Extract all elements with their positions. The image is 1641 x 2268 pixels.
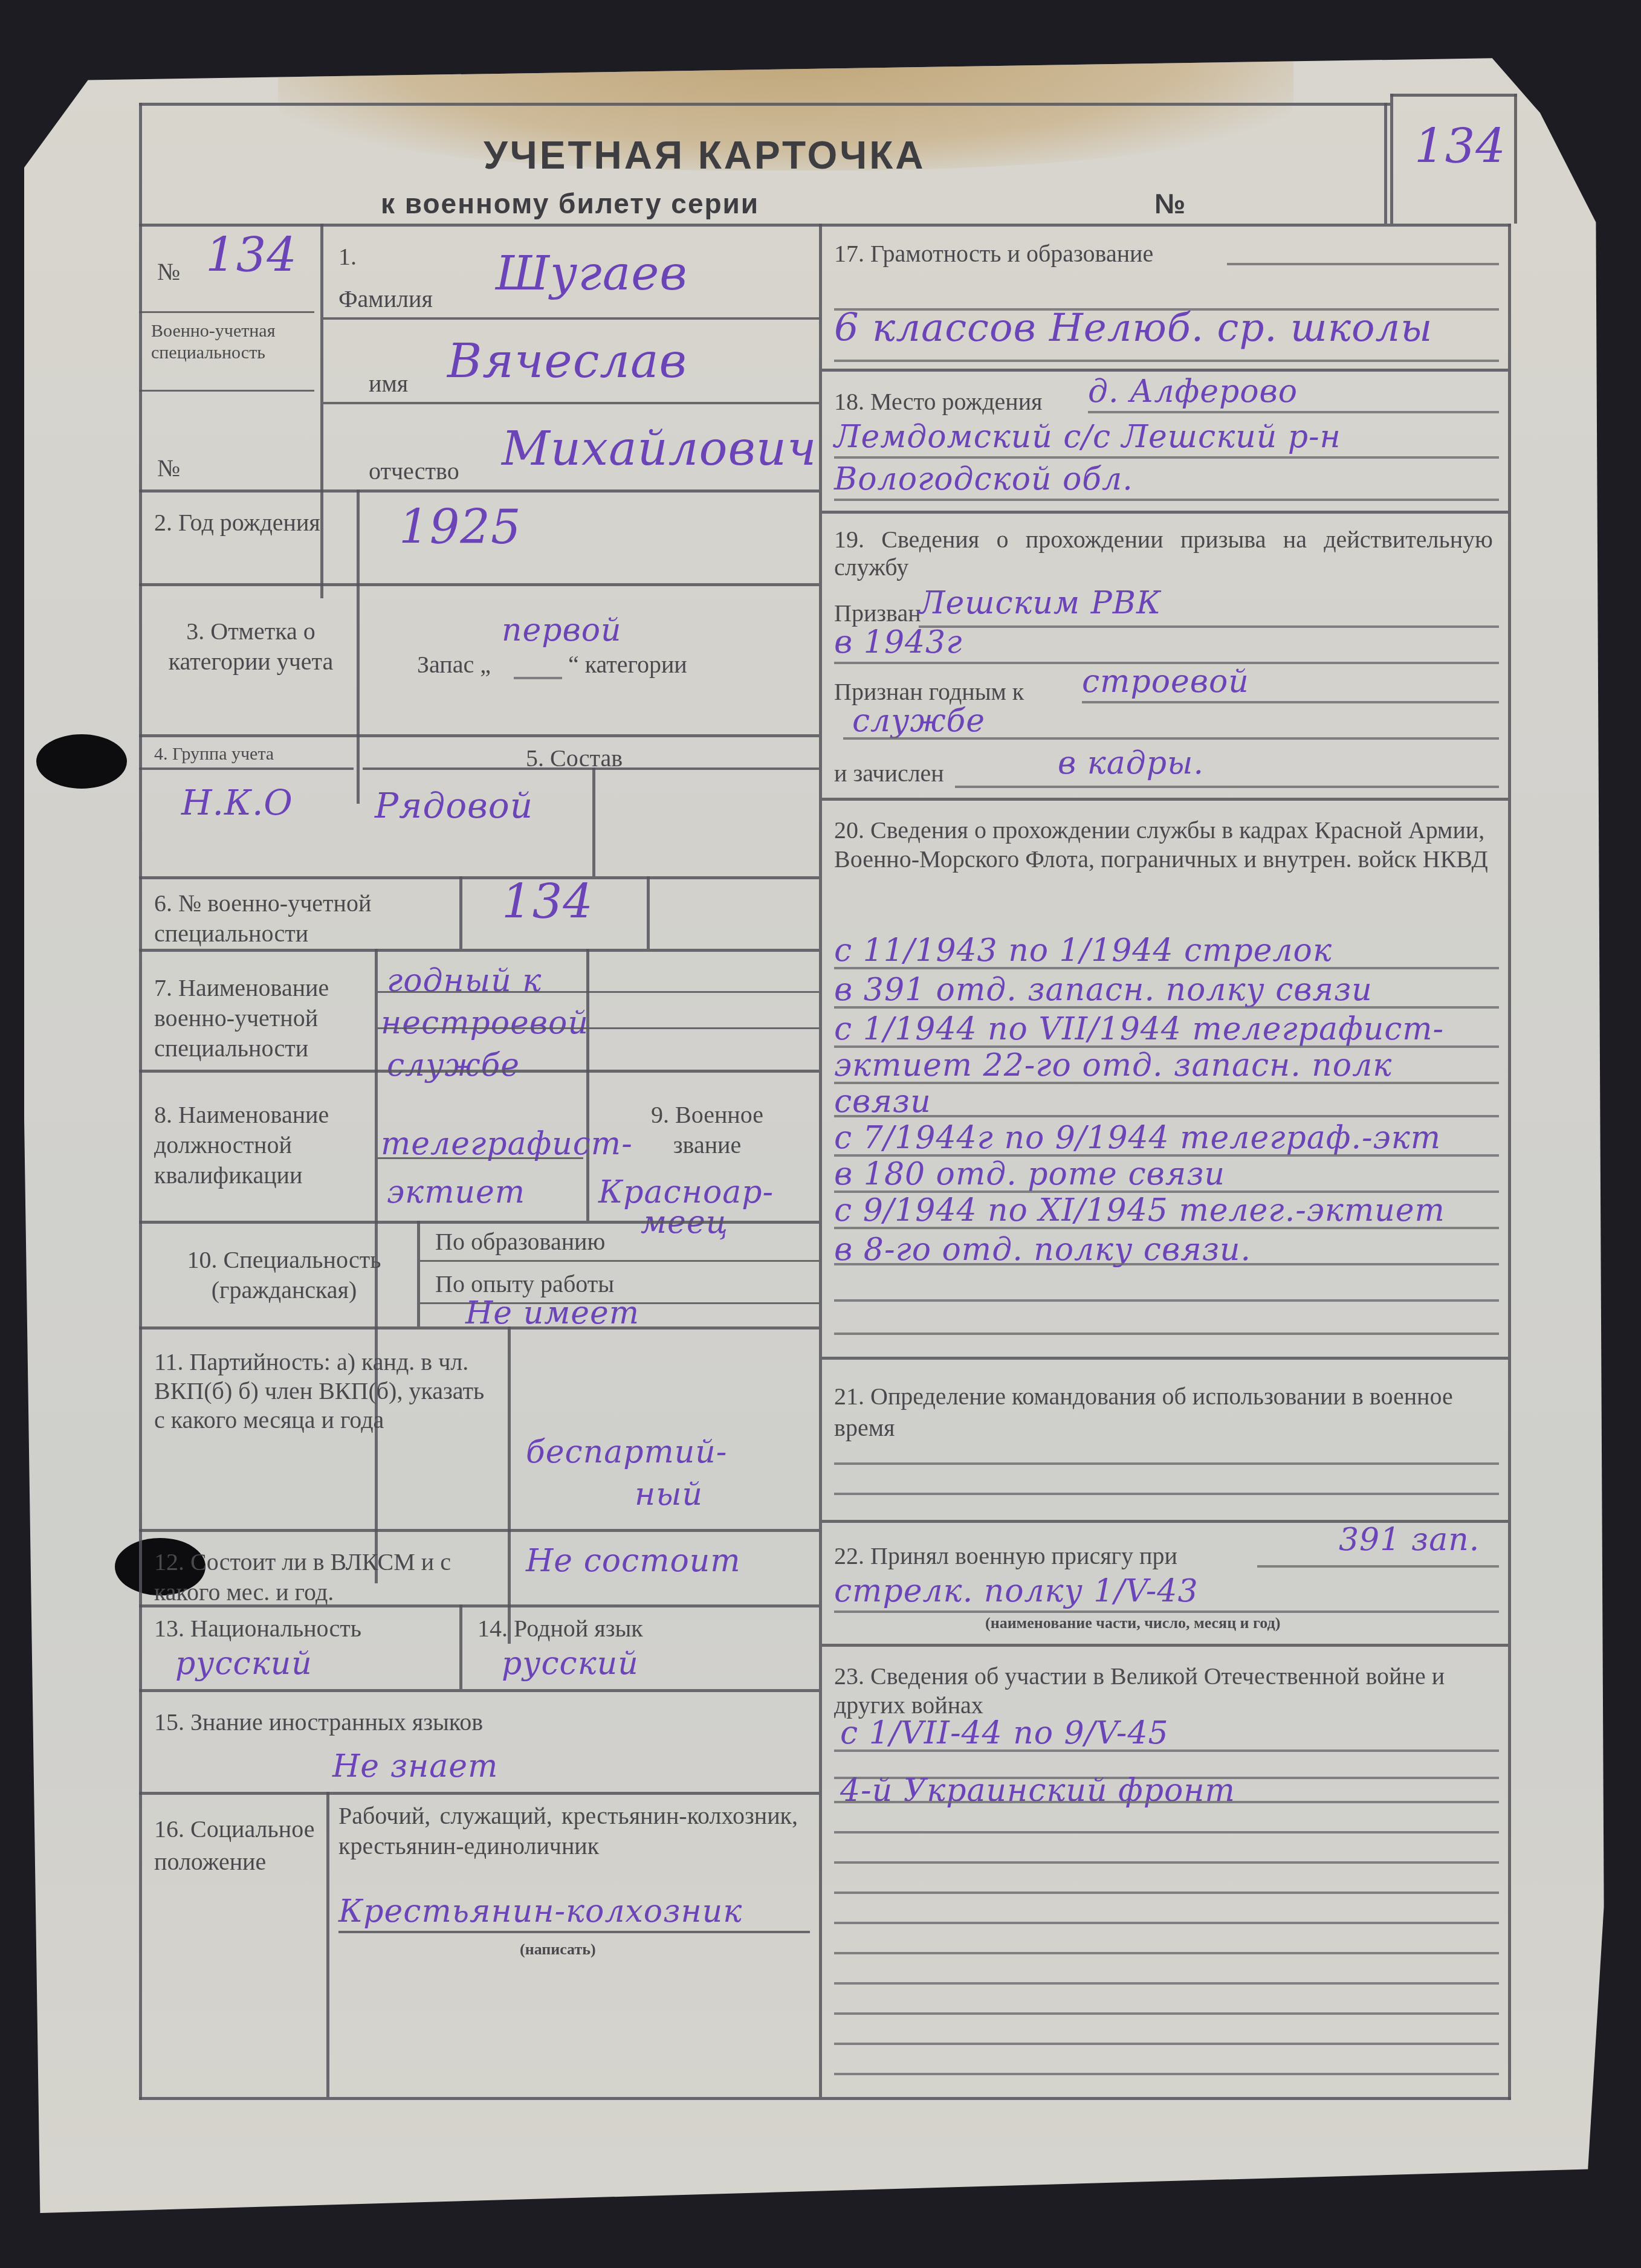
vus-number-6: 134 (502, 882, 594, 922)
birthplace-line-2: Лемдомский с/с Лешский р-н (834, 417, 1341, 457)
birth-year: 1925 (399, 508, 522, 548)
party-line-1: беспартий- (526, 1432, 727, 1472)
f9-label: 9. Военное звание (617, 1100, 798, 1160)
birthplace-line-1: д. Алферово (1088, 372, 1298, 412)
f17-label: 17. Грамотность и образование (834, 239, 1153, 269)
f4-label: 4. Группа учета (154, 743, 274, 765)
f13-label: 13. Национальность (154, 1614, 361, 1644)
f12-label: 12. Состоит ли в ВЛКСМ и с какого мес. и… (154, 1547, 505, 1607)
social-status: Крестьянин-колхозник (338, 1892, 742, 1931)
name-label: имя (369, 369, 408, 399)
patronymic-value: Михайлович (502, 429, 817, 469)
card-number: 134 (1414, 127, 1506, 167)
drafted-line-2: в 1943г (834, 622, 962, 662)
reserve-category: первой (502, 610, 622, 650)
enlisted-value: в кадры. (1058, 743, 1204, 783)
fit-line-2: службе (852, 701, 985, 741)
form-title: УЧЕТНАЯ КАРТОЧКА (484, 133, 925, 178)
vus-number: 134 (206, 236, 297, 276)
f16-label: 16. Социальное положение (154, 1813, 317, 1878)
f15-label: 15. Знание иностранных языков (154, 1707, 483, 1737)
form-subtitle: к военному билету серии (381, 187, 759, 220)
f6-label: 6. № военно-учетной специальности (154, 888, 456, 949)
birthplace-line-3: Вологодской обл. (834, 459, 1133, 499)
service-line-6: с 7/1944г по 9/1944 телеграф.-экт (834, 1118, 1441, 1158)
f2-label: 2. Год рождения (154, 508, 348, 538)
war-line-1: с 1/VII-44 по 9/V-45 (840, 1713, 1169, 1753)
f1-number: 1. (338, 242, 357, 272)
party-line-2: ный (635, 1475, 703, 1514)
drafted-line-1: Лешским РВК (919, 583, 1161, 623)
education: 6 классов Нелюб. ср. школы (834, 308, 1432, 348)
oath-line-2: стрелк. полку 1/V-43 (834, 1571, 1199, 1611)
registration-form: 134 УЧЕТНАЯ КАРТОЧКА к военному билету с… (139, 103, 1511, 2103)
f8-label: 8. Наименование должностной квалификации (154, 1100, 360, 1191)
f7-label: 7. Наименование военно-учетной специальн… (154, 973, 360, 1064)
account-group: Н.К.О (181, 783, 293, 822)
service-line-1: с 11/1943 по 1/1944 стрелок (834, 931, 1332, 971)
service-line-8: с 9/1944 по XI/1945 телег.-эктиет (834, 1191, 1445, 1230)
native-language: русский (502, 1644, 639, 1684)
f21-label: 21. Определение командования об использо… (834, 1381, 1493, 1444)
oath-hint: (наименование части, число, месяц и год) (985, 1614, 1280, 1633)
f19-label: 19. Сведения о прохождении призыва на де… (834, 526, 1493, 581)
f23-label: 23. Сведения об участии в Великой Отечес… (834, 1662, 1493, 1720)
war-line-2: 4-й Украинский фронт (840, 1771, 1235, 1811)
no-label: № (157, 257, 180, 287)
service-line-4: эктиет 22-го отд. запасн. полк (834, 1045, 1392, 1085)
vus-label: Военно-учетная специальность (151, 320, 308, 364)
service-line-7: в 180 отд. роте связи (834, 1154, 1225, 1194)
nationality: русский (175, 1644, 312, 1684)
by-education-label: По образованию (435, 1227, 605, 1257)
komsomol-status: Не состоит (526, 1541, 741, 1581)
reserve-prefix: Запас „ (417, 650, 491, 680)
f7-line-2: нестроевой (381, 1003, 589, 1043)
oath-line-1: 391 зап. (1339, 1520, 1480, 1560)
f10-label: 10. Специальность (гражданская) (154, 1245, 414, 1305)
social-hint: (написать) (520, 1940, 596, 1959)
service-line-2: в 391 отд. запасн. полку связи (834, 970, 1373, 1010)
reserve-suffix: “ категории (568, 650, 687, 680)
f7-line-3: службе (387, 1045, 520, 1085)
name-value: Вячеслав (447, 341, 687, 381)
punch-hole-top (36, 734, 127, 789)
foreign-languages: Не знает (332, 1746, 498, 1786)
social-options: Рабочий, служащий, крестьянин-колхозник,… (338, 1801, 798, 1861)
patronymic-label: отчество (369, 456, 459, 486)
surname-value: Шугаев (496, 254, 688, 294)
f8-line-2: эктиет (387, 1172, 525, 1212)
f14-label: 14. Родной язык (477, 1614, 643, 1644)
no2-label: № (157, 453, 180, 483)
f20-label: 20. Сведения о прохождении службы в кадр… (834, 816, 1493, 874)
surname-label: Фамилия (338, 284, 433, 314)
composition: Рядовой (375, 786, 533, 825)
fit-line-1: строевой (1082, 662, 1249, 702)
enlisted-label: и зачислен (834, 758, 944, 789)
number-label: № (1154, 187, 1188, 220)
f11-label: 11. Партийность: а) канд. в чл. ВКП(б) б… (154, 1348, 499, 1435)
service-line-3: с 1/1944 по VII/1944 телеграфист- (834, 1009, 1444, 1049)
f7-line-1: годный к (387, 961, 542, 1001)
f18-label: 18. Место рождения (834, 387, 1042, 417)
f3-label: 3. Отметка о категории учета (154, 616, 348, 677)
f22-label: 22. Принял военную присягу при (834, 1541, 1177, 1571)
